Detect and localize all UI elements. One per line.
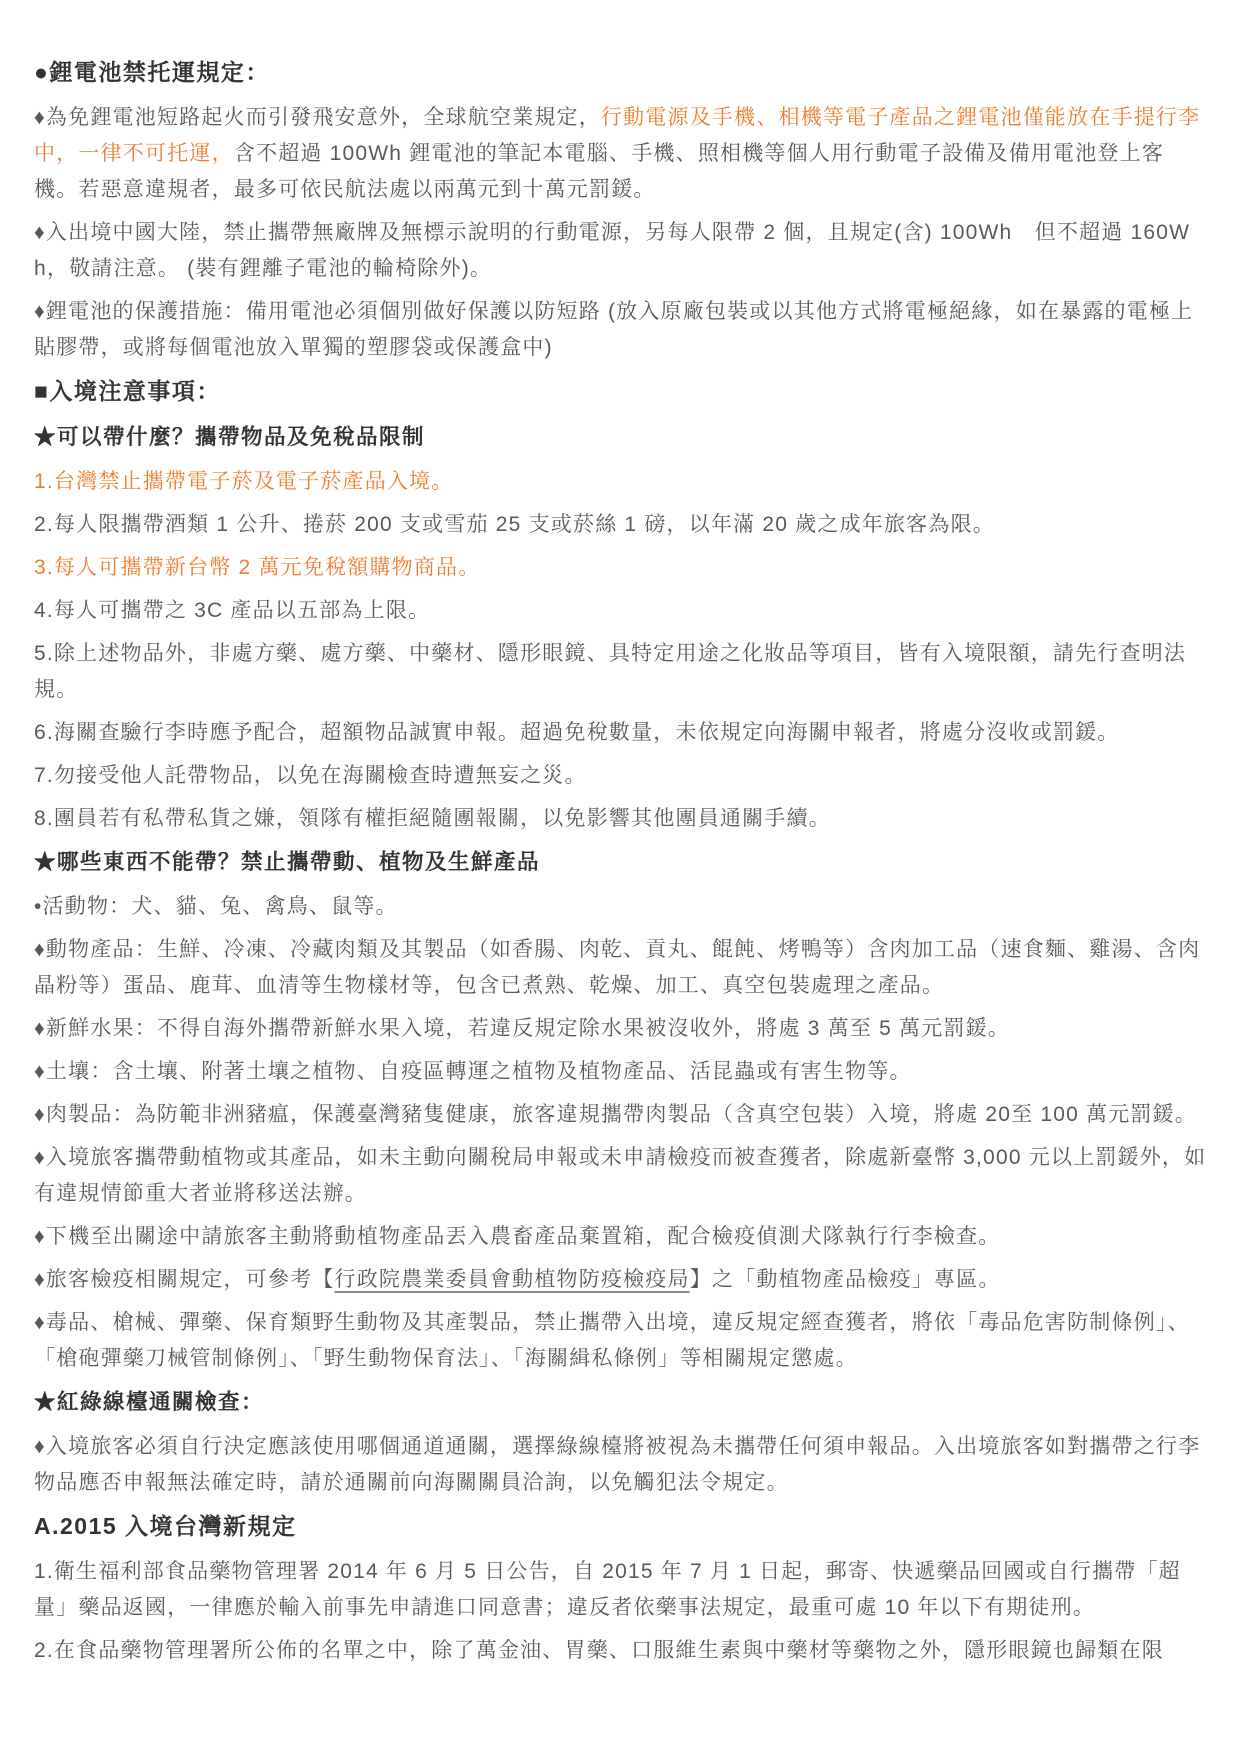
document-body: ●鋰電池禁托運規定：♦為免鋰電池短路起火而引發飛安意外，全球航空業規定，行動電源…	[0, 0, 1240, 1686]
text-segment: A.2015 入境台灣新規定	[34, 1513, 297, 1539]
item-other-item-limits: 5.除上述物品外，非處方藥、處方藥、中藥材、隱形眼鏡、具特定用途之化妝品等項目，…	[34, 636, 1208, 708]
text-segment: 2.在食品藥物管理署所公佈的名單之中，除了萬金油、胃藥、口服維生素與中藥材等藥物…	[34, 1639, 1164, 1662]
subheading-allowed-items: ★可以帶什麼？攜帶物品及免稅品限制	[34, 419, 1208, 455]
item-group-customs-refusal: 8.團員若有私帶私貨之嫌，領隊有權拒絕隨團報關，以免影響其他團員通關手續。	[34, 801, 1208, 837]
item-medicine-list: 2.在食品藥物管理署所公佈的名單之中，除了萬金油、胃藥、口服維生素與中藥材等藥物…	[34, 1633, 1208, 1669]
item-twd-duty-free-allowance: 3.每人可攜帶新台幣 2 萬元免稅額購物商品。	[34, 550, 1208, 586]
text-segment: 2.每人限攜帶酒類 1 公升、捲菸 200 支或雪茄 25 支或菸絲 1 磅，以…	[34, 513, 995, 536]
para-lithium-global-rule: ♦為免鋰電池短路起火而引發飛安意外，全球航空業規定，行動電源及手機、相機等電子產…	[34, 100, 1208, 208]
quarantine-agency-link[interactable]: 行政院農業委員會動植物防疫檢疫局	[335, 1268, 690, 1291]
item-soil: ♦土壤：含土壤、附著土壤之植物、自疫區轉運之植物及植物產品、活昆蟲或有害生物等。	[34, 1054, 1208, 1090]
item-customs-inspection: 6.海關查驗行李時應予配合，超額物品誠實申報。超過免稅數量，未依規定向海關申報者…	[34, 715, 1208, 751]
heading-lithium-battery-ban: ●鋰電池禁托運規定：	[34, 54, 1208, 90]
text-segment: 7.勿接受他人託帶物品，以免在海關檢查時遭無妄之災。	[34, 764, 587, 787]
item-quarantine-reference: ♦旅客檢疫相關規定，可參考【行政院農業委員會動植物防疫檢疫局】之「動植物產品檢疫…	[34, 1262, 1208, 1298]
text-segment: ♦動物產品：生鮮、冷凍、冷藏肉類及其製品（如香腸、肉乾、貢丸、餛飩、烤鴨等）含肉…	[34, 938, 1200, 997]
text-segment: ♦下機至出關途中請旅客主動將動植物產品丟入農畜產品棄置箱，配合檢疫偵測犬隊執行行…	[34, 1225, 1001, 1248]
item-meat-products: ♦肉製品：為防範非洲豬瘟，保護臺灣豬隻健康，旅客違規攜帶肉製品（含真空包裝）入境…	[34, 1097, 1208, 1133]
item-ecigarette-ban: 1.台灣禁止攜帶電子菸及電子菸產品入境。	[34, 464, 1208, 500]
text-segment: ♦入境旅客攜帶動植物或其產品，如未主動向關稅局申報或未申請檢疫而被查獲者，除處新…	[34, 1146, 1206, 1205]
text-segment: 3.每人可攜帶新台幣 2 萬元免稅額購物商品。	[34, 556, 480, 579]
text-segment: 】之「動植物產品檢疫」專區。	[690, 1268, 1001, 1291]
text-segment: ♦土壤：含土壤、附著土壤之植物、自疫區轉運之植物及植物產品、活昆蟲或有害生物等。	[34, 1060, 912, 1083]
item-disposal-bins: ♦下機至出關途中請旅客主動將動植物產品丟入農畜產品棄置箱，配合檢疫偵測犬隊執行行…	[34, 1219, 1208, 1255]
text-segment: ♦旅客檢疫相關規定，可參考【	[34, 1268, 335, 1291]
subheading-prohibited-items: ★哪些東西不能帶？禁止攜帶動、植物及生鮮產品	[34, 844, 1208, 880]
text-segment: ●鋰電池禁托運規定：	[34, 59, 270, 85]
text-segment: ♦肉製品：為防範非洲豬瘟，保護臺灣豬隻健康，旅客違規攜帶肉製品（含真空包裝）入境…	[34, 1103, 1197, 1126]
text-segment: ♦鋰電池的保護措施：備用電池必須個別做好保護以防短路 (放入原廠包裝或以其他方式…	[34, 300, 1193, 359]
text-segment: 8.團員若有私帶私貨之嫌，領隊有權拒絕隨團報關，以免影響其他團員通關手續。	[34, 807, 831, 830]
item-quarantine-fine: ♦入境旅客攜帶動植物或其產品，如未主動向關稅局申報或未申請檢疫而被查獲者，除處新…	[34, 1140, 1208, 1212]
para-china-powerbank-limit: ♦入出境中國大陸，禁止攜帶無廠牌及無標示說明的行動電源，另每人限帶 2 個，且規…	[34, 215, 1208, 287]
text-segment: ★哪些東西不能帶？禁止攜帶動、植物及生鮮產品	[34, 850, 540, 874]
para-battery-protection: ♦鋰電池的保護措施：備用電池必須個別做好保護以防短路 (放入原廠包裝或以其他方式…	[34, 294, 1208, 366]
text-segment: ♦為免鋰電池短路起火而引發飛安意外，全球航空業規定，	[34, 106, 601, 129]
text-segment: ♦入境旅客必須自行決定應該使用哪個通道通關，選擇綠線檯將被視為未攜帶任何須申報品…	[34, 1435, 1200, 1494]
text-segment: ♦毒品、槍械、彈藥、保育類野生動物及其產製品，禁止攜帶入出境，違反規定經查獲者，…	[34, 1311, 1190, 1370]
text-segment: ★可以帶什麼？攜帶物品及免稅品限制	[34, 425, 425, 449]
text-segment: 1.衛生福利部食品藥物管理署 2014 年 6 月 5 日公告，自 2015 年…	[34, 1560, 1181, 1619]
item-fresh-fruit: ♦新鮮水果：不得自海外攜帶新鮮水果入境，若違反規定除水果被沒收外，將處 3 萬至…	[34, 1011, 1208, 1047]
text-segment: 6.海關查驗行李時應予配合，超額物品誠實申報。超過免稅數量，未依規定向海關申報者…	[34, 721, 1120, 744]
text-segment: •活動物：犬、貓、兔、禽鳥、鼠等。	[34, 895, 398, 918]
item-3c-product-limit: 4.每人可攜帶之 3C 產品以五部為上限。	[34, 593, 1208, 629]
text-segment: ♦入出境中國大陸，禁止攜帶無廠牌及無標示說明的行動電源，另每人限帶 2 個，且規…	[34, 221, 1190, 280]
text-segment: 1.台灣禁止攜帶電子菸及電子菸產品入境。	[34, 470, 454, 493]
item-live-animals: •活動物：犬、貓、兔、禽鳥、鼠等。	[34, 889, 1208, 925]
subheading-red-green-channel: ★紅綠線檯通關檢查：	[34, 1384, 1208, 1420]
text-segment: 4.每人可攜帶之 3C 產品以五部為上限。	[34, 599, 430, 622]
item-no-carrying-for-others: 7.勿接受他人託帶物品，以免在海關檢查時遭無妄之災。	[34, 758, 1208, 794]
text-segment: ★紅綠線檯通關檢查：	[34, 1390, 264, 1414]
text-segment: 5.除上述物品外，非處方藥、處方藥、中藥材、隱形眼鏡、具特定用途之化妝品等項目，…	[34, 642, 1186, 701]
text-segment: ■入境注意事項：	[34, 378, 221, 404]
heading-2015-new-rules: A.2015 入境台灣新規定	[34, 1508, 1208, 1544]
item-drugs-weapons-ban: ♦毒品、槍械、彈藥、保育類野生動物及其產製品，禁止攜帶入出境，違反規定經查獲者，…	[34, 1305, 1208, 1377]
item-animal-products: ♦動物產品：生鮮、冷凍、冷藏肉類及其製品（如香腸、肉乾、貢丸、餛飩、烤鴨等）含肉…	[34, 932, 1208, 1004]
heading-entry-notes: ■入境注意事項：	[34, 373, 1208, 409]
item-medicine-import-permit: 1.衛生福利部食品藥物管理署 2014 年 6 月 5 日公告，自 2015 年…	[34, 1554, 1208, 1626]
item-alcohol-tobacco-limit: 2.每人限攜帶酒類 1 公升、捲菸 200 支或雪茄 25 支或菸絲 1 磅，以…	[34, 507, 1208, 543]
para-channel-choice: ♦入境旅客必須自行決定應該使用哪個通道通關，選擇綠線檯將被視為未攜帶任何須申報品…	[34, 1429, 1208, 1501]
text-segment: ♦新鮮水果：不得自海外攜帶新鮮水果入境，若違反規定除水果被沒收外，將處 3 萬至…	[34, 1017, 1010, 1040]
